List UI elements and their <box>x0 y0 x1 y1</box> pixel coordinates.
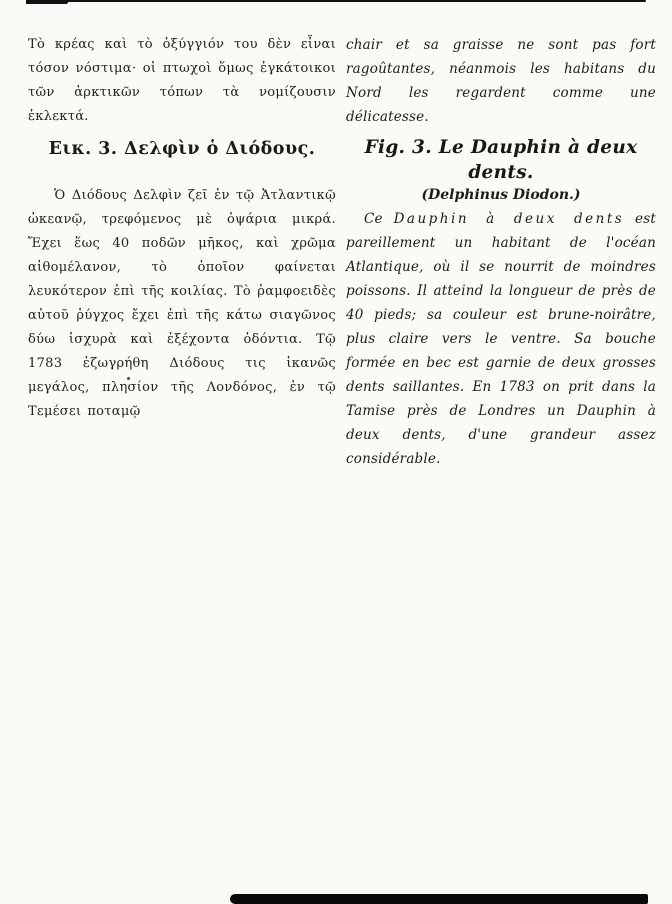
scan-artifact-bottom-edge <box>230 894 648 904</box>
scanned-book-page: Τὸ κρέας καὶ τὸ ὀξύγγιόν του δὲν εἶναι τ… <box>0 0 672 904</box>
french-paragraph-1: chair et sa graisse ne sont pas fort rag… <box>346 33 656 129</box>
french-paragraph-2-rest: est pareillement un habitant de l'océan … <box>346 211 656 467</box>
greek-text-column: Τὸ κρέας καὶ τὸ ὀξύγγιόν του δὲν εἶναι τ… <box>28 33 336 424</box>
french-paragraph-2-prefix: Ce <box>364 211 394 227</box>
greek-paragraph-1: Τὸ κρέας καὶ τὸ ὀξύγγιόν του δὲν εἶναι τ… <box>28 33 336 129</box>
scan-artifact-top-edge <box>26 0 646 2</box>
greek-figure-heading: Εικ. 3. Δελφὶν ὁ Διόδους. <box>28 136 336 162</box>
french-figure-heading: Fig. 3. Le Dauphin à deux dents. <box>346 135 656 185</box>
ink-speck <box>127 377 130 380</box>
latin-species-name: (Delphinus Diodon.) <box>346 185 656 205</box>
french-text-column: chair et sa graisse ne sont pas fort rag… <box>346 33 656 471</box>
french-paragraph-2-emphasis: Dauphin à deux dents <box>394 211 625 227</box>
scan-artifact-top-left-blob <box>26 0 68 4</box>
greek-paragraph-2: Ὁ Διόδους Δελφὶν ζεῖ ἐν τῷ Ἀτλαντικῷ ὠκε… <box>28 184 336 424</box>
french-paragraph-2: Ce Dauphin à deux dents est pareillement… <box>346 207 656 471</box>
